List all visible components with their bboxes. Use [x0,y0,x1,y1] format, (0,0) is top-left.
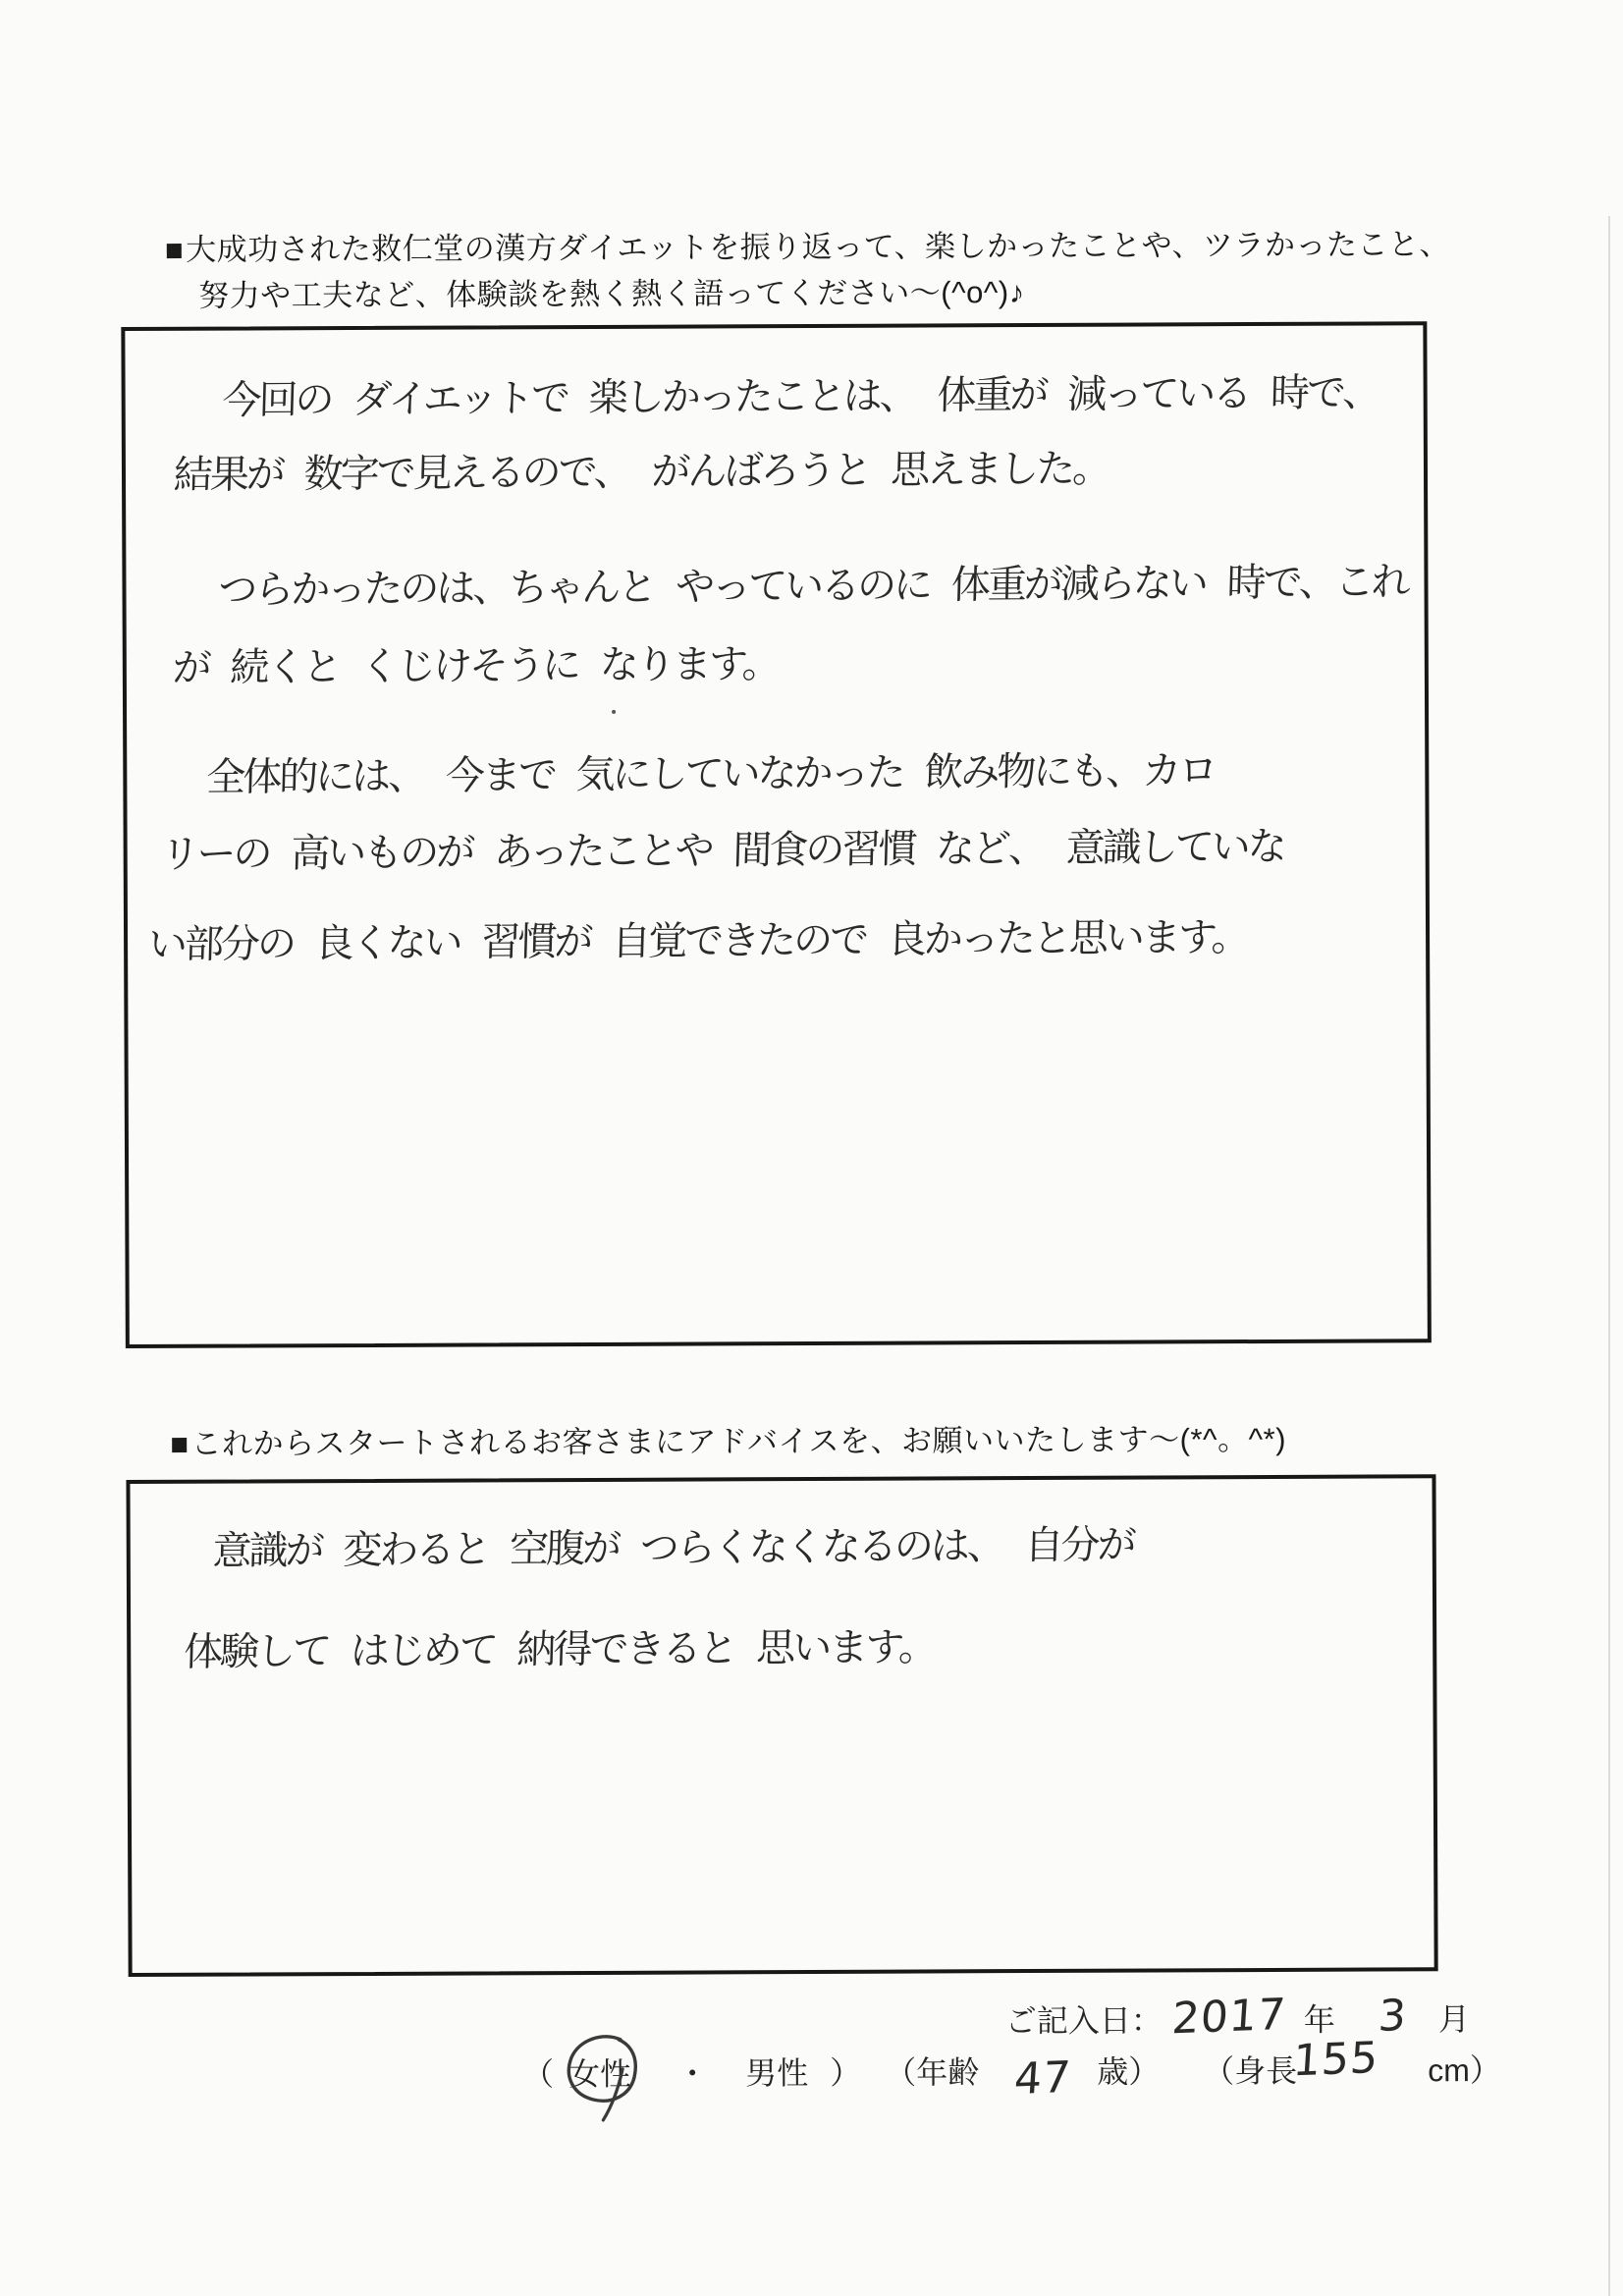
answer1-box: 今回の ダイエットで 楽しかったことは、 体重が 減っている 時で、 結果が 数… [121,321,1432,1348]
paren-open: （ [522,2050,554,2095]
month-unit: 月 [1438,1995,1470,2040]
square-bullet-icon: ■ [165,233,184,268]
year-unit: 年 [1304,1995,1335,2041]
gender-option-male: 男性 [745,2049,808,2094]
scan-streak-artifact [1608,216,1610,2296]
answer2-box: 意識が 変わると 空腹が つらくなくなるのは、 自分が 体験して はじめて 納得… [126,1474,1437,1977]
footer-profile-row: （ 女性 ・ 男性 ） （年齢 47 歳） （身長 155 cm） [522,2042,1501,2096]
height-label: （身長 [1203,2047,1297,2092]
age-label: （年齢 [885,2048,979,2093]
scanned-questionnaire-page: ■大成功された救仁堂の漢方ダイエットを振り返って、楽しかったことや、ツラかったこ… [0,0,1623,2296]
year-handwritten-value: 2017 [1170,1990,1288,2045]
date-label: ご記入日： [1005,1995,1163,2042]
height-handwritten-value: 155 [1291,2033,1380,2086]
answer1-handwriting-line: 結果が 数字で見えるので、 がんばろうと 思えました。 [173,437,1109,500]
age-handwritten-value: 47 [1012,2052,1073,2105]
scan-tilt-wrapper: ■大成功された救仁堂の漢方ダイエットを振り返って、楽しかったことや、ツラかったこ… [0,0,1623,2296]
height-unit: cm） [1428,2046,1501,2091]
month-handwritten-value: 3 [1377,1991,1408,2042]
answer1-handwriting-line: が 続くと くじけそうに なります。 [172,632,780,692]
square-bullet-icon: ■ [170,1427,189,1462]
female-selection-circle-mark [560,2026,668,2134]
question1-line1: ■大成功された救仁堂の漢方ダイエットを振り返って、楽しかったことや、ツラかったこ… [165,219,1450,269]
answer1-handwriting-line: 全体的には、 今まで 気にしていなかった 飲み物にも、カロ [205,739,1216,802]
age-unit: 歳） [1097,2047,1160,2092]
question1-text-line1: 大成功された救仁堂の漢方ダイエットを振り返って、楽しかったことや、ツラかったこと… [186,227,1450,267]
paren-close: ） [830,2049,861,2094]
gender-separator-dot: ・ [676,2049,708,2094]
answer2-handwriting-line: 意識が 変わると 空腹が つらくなくなるのは、 自分が [212,1513,1135,1576]
ink-speck [612,710,616,714]
answer1-handwriting-line: 今回の ダイエットで 楽しかったことは、 体重が 減っている 時で、 [222,361,1380,425]
question2-text: これからスタートされるお客さまにアドバイスを、お願いいたします～(*^。^*) [190,1422,1286,1461]
footer-date-row: ご記入日： 2017 年 3 月 [1005,1991,1470,2043]
answer1-handwriting-line: い部分の 良くない 習慣が 自覚できたので 良かったと思います。 [147,906,1248,970]
answer1-handwriting-line: つらかったのは、ちゃんと やっているのに 体重が減らない 時で、これ [218,551,1409,615]
answer2-handwriting-line: 体験して はじめて 納得できると 思います。 [183,1615,936,1676]
answer1-handwriting-line: リーの 高いものが あったことや 間食の習慣 など、 意識していな [160,815,1285,879]
question1-text-line2: 努力や工夫など、体験談を熱く熱く語ってください～(^o^)♪ [198,275,1025,313]
question1-line2: 努力や工夫など、体験談を熱く熱く語ってください～(^o^)♪ [198,267,1025,315]
question2-line: ■これからスタートされるお客さまにアドバイスを、お願いいたします～(*^。^*) [170,1414,1286,1463]
